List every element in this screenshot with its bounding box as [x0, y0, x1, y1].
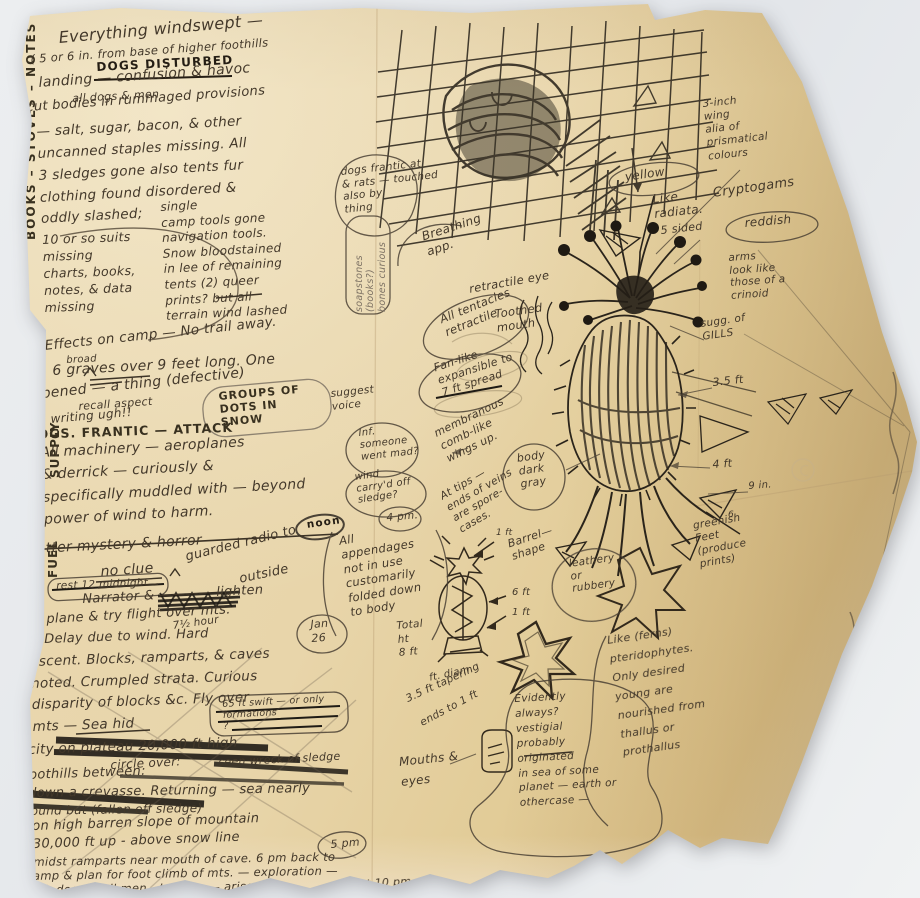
note-barrel-top: 1 ft	[496, 528, 512, 540]
note-crinoid: arms look like those of a crinoid	[728, 248, 787, 302]
note-9-in: 9 in.	[748, 478, 772, 493]
note-jan-26: Jan 26	[310, 617, 330, 646]
note-machinery: All machinery — aeroplanes & derrick — c…	[40, 428, 307, 531]
paper-shadow: BOOKS – STOVES – NOTES SUPPLY FUEL Every…	[0, 0, 920, 898]
note-rest-ten: rest 10 pm	[348, 875, 412, 893]
note-dogs-bubble: dogs frantic at & rats — touched also by…	[340, 156, 441, 216]
elder-thing-sketch	[433, 196, 852, 576]
note-barrel-base: 1 ft	[512, 606, 530, 619]
note-soapstones: soapstones (books?) bones curious	[354, 242, 388, 312]
note-suits-missing: 10 or so suits missing charts, books, no…	[42, 229, 137, 317]
note-like-radiata: Like radiata.	[652, 187, 704, 222]
note-leathery: leathery or rubbery	[568, 552, 619, 596]
note-pteridophytes: Like (ferns) pteridophytes. Only desired…	[606, 620, 712, 763]
note-someone-mad: Inf. someone went mad?	[358, 422, 419, 464]
manuscript-scan: BOOKS – STOVES – NOTES SUPPLY FUEL Every…	[0, 0, 920, 898]
note-wing-colours: 3-inch wing alia of prismatical colours	[702, 92, 770, 164]
note-4-ft: 4 ft	[712, 457, 733, 473]
note-appendages: All appendages not in use customarily fo…	[338, 522, 425, 619]
note-ramparts: amidst ramparts near mouth of cave. 6 pm…	[26, 850, 338, 897]
note-total-height: Total ht 8 ft	[396, 618, 426, 661]
note-mouths-eyes: Mouths & eyes	[398, 746, 461, 793]
note-vestigial: Evidently always? vestigial probably ori…	[514, 687, 618, 811]
barrel-diagram-sketch	[430, 536, 506, 662]
note-suggest-voice: suggest voice	[330, 383, 376, 413]
note-camp-tools: single camp tools gone navigation tools.…	[160, 194, 288, 325]
note-greenish-feet: greenish Feet (produce prints)	[692, 511, 750, 571]
note-body-dark-gray: body dark gray	[516, 448, 550, 491]
torn-paper-sheet: BOOKS – STOVES – NOTES SUPPLY FUEL Every…	[0, 0, 920, 898]
note-formations: 65 ft swift — or only formations ?	[222, 695, 326, 733]
note-barrel-mid: 6 ft	[512, 586, 530, 599]
